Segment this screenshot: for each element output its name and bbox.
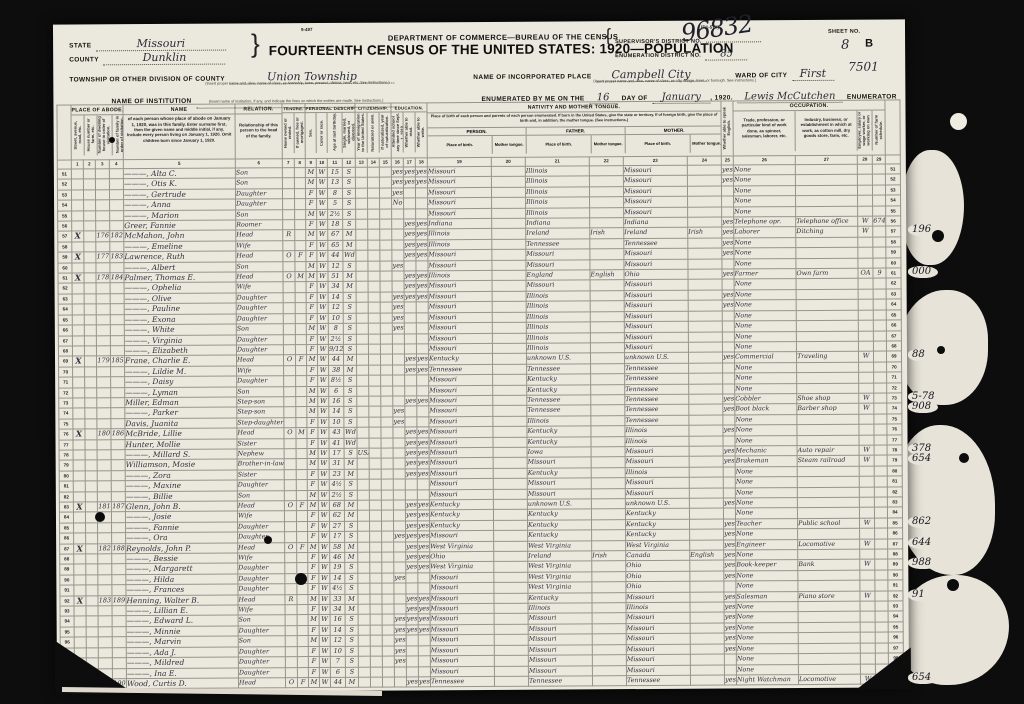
cell-hn <box>83 169 95 179</box>
cell-cr: W <box>317 219 328 229</box>
cell-cr: W <box>317 230 328 240</box>
cell-sc: yes <box>392 313 404 323</box>
cell-ln: 85 <box>60 523 74 533</box>
cell-ft <box>591 488 625 499</box>
cell-pb: Missouri <box>428 208 492 219</box>
cell-ag: 12 <box>328 261 343 271</box>
cell-mf <box>297 553 308 563</box>
cell-re: Daughter <box>238 646 285 657</box>
cell-em <box>860 528 875 538</box>
immigration-col-label: Year of immigration to the United States… <box>357 113 366 152</box>
cell-sc <box>392 333 404 343</box>
cell-ft <box>592 634 626 645</box>
column-number: 11 <box>327 158 342 167</box>
cell-wr <box>416 302 428 312</box>
cell-sx: F <box>307 480 318 490</box>
cell-ny <box>382 677 394 687</box>
cell-hn <box>84 346 96 356</box>
cell-cr: W <box>319 646 330 656</box>
cell-sx: F <box>308 605 319 615</box>
cell-ms: S <box>343 261 356 271</box>
cell-hn <box>85 429 97 439</box>
cell-mb: Missouri <box>624 321 688 332</box>
cell-re: Sister <box>237 438 284 449</box>
cell-rn: 85 <box>888 518 903 528</box>
cell-mb: Tennessee <box>625 363 689 374</box>
cell-im <box>357 479 369 489</box>
cell-im <box>357 365 369 375</box>
enumerated-line: Enumerated by me on the 16 day of Januar… <box>481 85 897 106</box>
cell-dw <box>98 575 112 585</box>
cell-im <box>357 469 369 479</box>
cell-rn: 51 <box>885 164 900 174</box>
cell-fm <box>109 189 123 199</box>
cell-pb: Missouri <box>428 281 492 292</box>
cell-mb: Missouri <box>624 196 688 207</box>
cell-fb: Illinois <box>526 291 590 302</box>
cell-fm <box>111 512 125 522</box>
cell-ms: Wd <box>343 251 356 261</box>
cell-ny <box>381 438 393 448</box>
cell-mf <box>297 615 308 625</box>
cell-fs <box>874 351 887 361</box>
cell-pt <box>492 229 526 240</box>
cell-ft <box>592 582 626 593</box>
cell-wr: yes <box>417 448 429 458</box>
cell-st <box>74 616 86 626</box>
cell-rn: 81 <box>887 476 902 486</box>
cell-re: Head <box>236 230 283 241</box>
school-col-label: Attended school any time since Sept. 1, … <box>392 112 403 151</box>
cell-ln: 63 <box>58 294 72 304</box>
cell-id <box>797 466 859 477</box>
cell-im <box>356 219 368 229</box>
cell-ow <box>285 646 297 656</box>
cell-mb: Missouri <box>623 165 687 176</box>
cell-ow <box>283 209 295 219</box>
cell-nm: ———, Alta C. <box>123 168 235 179</box>
cell-mf: F <box>295 355 306 365</box>
cell-rn: 94 <box>888 611 903 621</box>
cell-en <box>722 311 734 321</box>
cell-sc <box>392 271 404 281</box>
cell-sx: F <box>306 240 317 250</box>
cell-mt <box>689 394 723 405</box>
cell-wr: yes <box>417 510 429 520</box>
cell-mb: Ohio <box>624 269 688 280</box>
cell-ny <box>380 229 392 239</box>
cell-rn: 68 <box>886 341 901 351</box>
cell-im <box>355 178 367 188</box>
cell-pb: Illinois <box>428 270 492 281</box>
cell-ow: O <box>285 542 297 552</box>
cell-mt <box>690 602 724 613</box>
cell-rd <box>405 489 417 499</box>
cell-re: Daughter <box>238 574 285 585</box>
cell-ft <box>590 343 624 354</box>
cell-mb: Missouri <box>624 290 688 301</box>
cell-rn: 90 <box>888 570 903 580</box>
cell-st: X <box>73 502 85 512</box>
cell-mt <box>689 425 723 436</box>
cell-na <box>368 292 380 302</box>
cell-pt <box>494 572 528 583</box>
cell-fm: 189 <box>112 595 126 605</box>
cell-nm: ———, Billie <box>125 491 237 502</box>
cell-mb: Missouri <box>624 311 688 322</box>
cell-mt <box>689 404 723 415</box>
cell-fs <box>875 518 888 528</box>
cell-fs <box>873 185 886 195</box>
cell-sx: M <box>307 448 318 458</box>
cell-cr: W <box>316 178 327 188</box>
cell-st <box>73 460 85 470</box>
age-col-label: Age at last birthday. <box>332 113 337 152</box>
cell-fb: Tennessee <box>527 405 591 416</box>
cell-ag: 65 <box>328 240 343 250</box>
cell-sc <box>393 448 405 458</box>
cell-oc: None <box>736 654 798 665</box>
cell-st: X <box>73 429 85 439</box>
cell-fs <box>874 435 887 445</box>
cell-mt <box>688 269 722 280</box>
cell-fm <box>112 564 126 574</box>
cell-dw <box>98 627 112 637</box>
cell-re: Wife <box>237 511 284 522</box>
cell-ln: 68 <box>58 346 72 356</box>
cell-cr: W <box>318 459 329 469</box>
cell-ow <box>283 293 295 303</box>
cell-st <box>73 408 85 418</box>
cell-mt <box>689 498 723 509</box>
cell-na <box>369 479 381 489</box>
cell-ow <box>284 376 296 386</box>
cell-sx: M <box>308 615 319 625</box>
cell-fm <box>112 575 126 585</box>
cell-dw: 177 <box>96 252 110 262</box>
cell-na <box>370 583 382 593</box>
cell-na <box>370 531 382 541</box>
cell-sc: yes <box>394 646 406 656</box>
cell-ow: O <box>284 428 296 438</box>
cell-mf: F <box>296 501 307 511</box>
cell-mb: Tennessee <box>626 675 690 686</box>
cell-ny <box>382 562 394 572</box>
cell-em <box>859 435 874 445</box>
cell-im <box>357 386 369 396</box>
cell-oc: None <box>735 373 797 384</box>
cell-cr: W <box>319 573 330 583</box>
cell-st: X <box>72 356 84 366</box>
cell-sc: yes <box>394 573 406 583</box>
cell-sx: M <box>307 459 318 469</box>
cell-oc: None <box>734 310 796 321</box>
cell-na <box>370 677 382 687</box>
cell-em <box>858 206 873 216</box>
cell-re: Wife <box>236 282 283 293</box>
cell-wr <box>418 656 430 666</box>
cell-nm: ———, Anna <box>124 199 236 210</box>
cell-mb: Missouri <box>626 623 690 634</box>
cell-wr <box>417 417 429 427</box>
cell-mb: Indiana <box>624 217 688 228</box>
cell-hn <box>86 543 98 553</box>
family-number-col-label: Number of family in order of visitation. <box>115 115 124 154</box>
cell-fs <box>874 455 887 465</box>
cell-st: X <box>72 231 84 241</box>
cell-pt <box>494 541 528 552</box>
cell-na <box>370 667 382 677</box>
cell-mt <box>690 665 724 676</box>
cell-mf <box>296 397 307 407</box>
cell-sx: M <box>307 396 318 406</box>
cell-nm: ———, Marvin <box>126 636 238 647</box>
cell-fm <box>112 585 126 595</box>
cell-ln: 80 <box>59 471 73 481</box>
cell-rd <box>404 261 416 271</box>
cell-pb: Ohio <box>430 551 494 562</box>
cell-wr <box>418 666 430 676</box>
cell-fb: Kentucky <box>528 592 592 603</box>
cell-mt <box>688 238 722 249</box>
cell-ny <box>381 427 393 437</box>
cell-dw <box>97 471 111 481</box>
cell-fs <box>873 299 886 309</box>
cell-rn: 62 <box>886 278 901 288</box>
cell-re: Wife <box>238 605 285 616</box>
ink-blot <box>264 536 272 544</box>
column-number: 23 <box>623 156 687 165</box>
cell-mf <box>297 563 308 573</box>
column-number: 4 <box>109 160 123 169</box>
cell-rn: 57 <box>886 226 901 236</box>
cell-cr: W <box>319 636 330 646</box>
cell-nm: ———, Mildred <box>126 657 238 668</box>
cell-na <box>369 469 381 479</box>
cell-sc <box>394 604 406 614</box>
cell-na <box>368 271 380 281</box>
cell-ow <box>284 490 296 500</box>
cell-ny <box>381 365 393 375</box>
race-col-label: Color or race. <box>319 113 324 152</box>
cell-pb: Missouri <box>430 624 494 635</box>
cell-sc: yes <box>391 167 403 177</box>
cell-en <box>723 488 735 498</box>
cell-rd: yes <box>404 250 416 260</box>
cell-fb: Illinois <box>526 197 590 208</box>
cell-rd: yes <box>405 396 417 406</box>
cell-en: yes <box>722 269 734 279</box>
cell-sc: yes <box>391 177 403 187</box>
cell-em <box>858 279 873 289</box>
cell-st <box>71 169 83 179</box>
cell-hn <box>84 252 96 262</box>
cell-wr <box>417 375 429 385</box>
cell-ms: S <box>342 188 355 198</box>
cell-ms: S <box>343 313 356 323</box>
cell-mf <box>297 646 308 656</box>
column-number: 19 <box>427 157 491 166</box>
cell-na <box>367 178 379 188</box>
cell-em: W <box>859 445 874 455</box>
cell-id <box>797 487 859 498</box>
cell-em <box>859 466 874 476</box>
cell-sx: F <box>308 563 319 573</box>
cell-mt <box>688 300 722 311</box>
cell-en: yes <box>723 446 735 456</box>
cell-wr <box>418 573 430 583</box>
cell-ag: 14 <box>329 407 344 417</box>
cell-mt <box>688 290 722 301</box>
cell-hn <box>84 273 96 283</box>
scan-edge-patch <box>902 150 964 265</box>
cell-re: Daughter <box>236 199 283 210</box>
cell-ag: 67 <box>328 230 343 240</box>
cell-fs <box>875 611 888 621</box>
cell-nm: ———, Fannie <box>126 522 238 533</box>
cell-re: Son <box>237 490 284 501</box>
cell-mt <box>690 571 724 582</box>
cell-fm <box>110 283 124 293</box>
cell-sx: F <box>308 532 319 542</box>
cell-wr: yes <box>416 354 428 364</box>
cell-fs <box>875 570 888 580</box>
cell-pb: Missouri <box>428 323 492 334</box>
cell-rd: yes <box>403 167 415 177</box>
cell-cr: W <box>318 511 329 521</box>
cell-dw <box>95 179 109 189</box>
cell-pb: Tennessee <box>429 364 493 375</box>
cell-fm <box>111 450 125 460</box>
cell-ms: S <box>344 479 357 489</box>
cell-fb: Illinois <box>525 166 589 177</box>
cell-ln: 75 <box>59 419 73 429</box>
cell-ln: 51 <box>57 169 71 179</box>
cell-en <box>724 581 736 591</box>
cell-wr <box>416 208 428 218</box>
cell-ow <box>284 459 296 469</box>
cell-im <box>357 396 369 406</box>
cell-mf <box>294 188 305 198</box>
cell-ft <box>592 571 626 582</box>
cell-st <box>74 575 86 585</box>
cell-st <box>73 471 85 481</box>
cell-hn <box>85 491 97 501</box>
cell-mt <box>690 644 724 655</box>
cell-sx: M <box>306 261 317 271</box>
cell-fb: Iowa <box>527 447 591 458</box>
cell-ag: 62 <box>329 511 344 521</box>
cell-ln: 94 <box>60 616 74 626</box>
cell-mf <box>296 438 307 448</box>
cell-mt <box>690 529 724 540</box>
employer-col-label: Employer, salary or wage worker, or work… <box>858 111 872 150</box>
cell-st <box>72 294 84 304</box>
cell-st: X <box>74 544 86 554</box>
cell-ms: M <box>345 677 358 687</box>
cell-fb: Missouri <box>528 624 592 635</box>
cell-nm: ———, Daisy <box>125 376 237 387</box>
cell-dw <box>98 554 112 564</box>
cell-sc <box>394 552 406 562</box>
cell-wr <box>416 313 428 323</box>
cell-ft <box>591 478 625 489</box>
cell-ag: 44 <box>330 677 345 687</box>
cell-ft <box>590 218 624 229</box>
cell-ln: 52 <box>57 179 71 189</box>
cell-na <box>368 209 380 219</box>
cell-mb: Missouri <box>623 186 687 197</box>
cell-pb: Illinois <box>428 229 492 240</box>
cell-ow <box>284 386 296 396</box>
cell-ag: 2½ <box>328 334 343 344</box>
cell-rd: yes <box>404 354 416 364</box>
cell-dw <box>97 481 111 491</box>
cell-fs <box>874 487 887 497</box>
cell-mt <box>688 321 722 332</box>
cell-ny <box>382 656 394 666</box>
cell-ny <box>381 510 393 520</box>
cell-ny <box>381 386 393 396</box>
cell-na <box>368 344 380 354</box>
cell-ln: 91 <box>60 585 74 595</box>
cell-oc: Salesman <box>736 591 798 602</box>
cell-ow: O <box>285 678 297 688</box>
cell-mt <box>690 560 724 571</box>
cell-sx: M <box>308 677 319 687</box>
cell-fm <box>111 439 125 449</box>
column-number <box>57 160 71 169</box>
cell-wr <box>417 385 429 395</box>
cell-fs <box>875 549 888 559</box>
cell-mf <box>297 636 308 646</box>
incorporated-place-note: (Insert proper name and, also, name of c… <box>593 79 713 84</box>
cell-ny <box>381 458 393 468</box>
cell-ln: 86 <box>60 533 74 543</box>
cell-pt <box>492 291 526 302</box>
cell-pt <box>492 343 526 354</box>
cell-rd: yes <box>406 614 418 624</box>
cell-ft <box>591 395 625 406</box>
cell-st <box>74 585 86 595</box>
cell-mt <box>688 352 722 363</box>
cell-mb: West Virginia <box>626 540 690 551</box>
cell-ln: 76 <box>59 429 73 439</box>
cell-mt: English <box>690 550 724 561</box>
cell-ft <box>590 197 624 208</box>
cell-ag: 34 <box>328 282 343 292</box>
cell-dw <box>98 585 112 595</box>
cell-wr: yes <box>416 219 428 229</box>
cell-hn <box>86 533 98 543</box>
county-value: Dunklin <box>103 51 225 66</box>
cell-hn <box>84 242 96 252</box>
cell-ln: 60 <box>58 263 72 273</box>
street-col-label: Street, avenue, road, etc. <box>73 115 82 154</box>
cell-mf: F <box>297 542 308 552</box>
cell-dw <box>96 314 110 324</box>
cell-fs <box>874 403 887 413</box>
cell-mb: Missouri <box>626 613 690 624</box>
cell-ms: S <box>343 334 356 344</box>
cell-pb: West Virginia <box>430 541 494 552</box>
cell-id: Shoe shop <box>797 393 859 404</box>
cell-re: Son <box>238 615 285 626</box>
cell-dw <box>97 377 111 387</box>
cell-pt <box>493 395 527 406</box>
cell-fb: Tennessee <box>528 676 592 687</box>
cell-st <box>71 190 83 200</box>
